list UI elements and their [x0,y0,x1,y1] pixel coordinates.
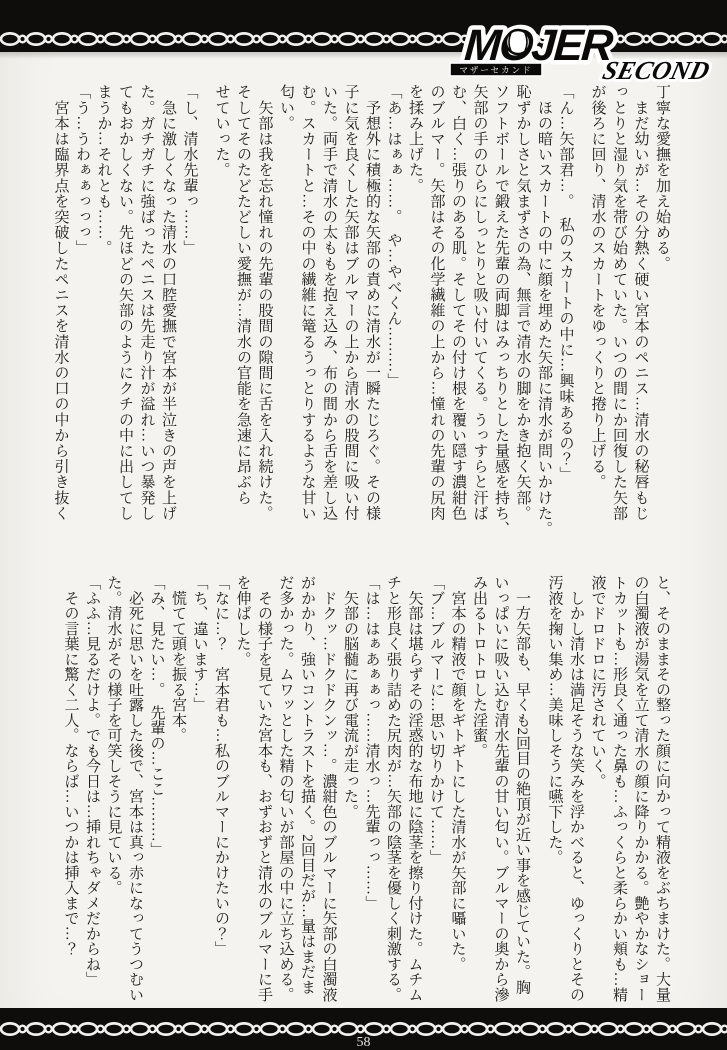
text-column: 「は…はぁあぁぁっ……清水っ…先輩っっ……」 [360,575,382,1008]
text-column: 矢部は堪らずその淫惑的な布地に陰茎を擦り付けた。ムチム [403,575,425,1008]
page-number: 58 [0,1035,727,1050]
column-gap [200,84,211,562]
text-column: 「ん…矢部君…。 私のスカートの中に…興味あるの？」 [554,84,576,562]
text-column: まだ幼いが…その分熱く硬い宮本のペニス…清水の秘唇もじ [629,84,651,562]
text-column: が後ろに回り、清水のスカートをゆっくりと捲り上げる。 [586,84,608,562]
text-column: た。ガチガチに強ばったペニスは先走り汁が溢れ…いつ暴発し [135,84,157,562]
text-column: た。清水がその様子を可笑しそうに見ている。 [102,575,124,1008]
text-column: 矢部は我を忘れ憧れの先輩の股間の隙間に舌を入れ続けた。 [253,84,275,562]
text-column: 宮本は臨界点を突破したペニスを清水の口の中から引き抜く [49,84,71,562]
text-column: トカットも…形良く通った鼻も…ふっくらと柔らかい頬も…精 [608,575,630,1008]
text-column: ソフトボールで鍛えた先輩の両脚はみっちりとした量感を持ち、 [490,84,512,562]
text-column: がかかり、強いコントラストを描く。2回目だが…量はまだま [296,575,318,1008]
text-column: 予想外に積極的な矢部の責めに清水が一瞬たじろぐ。その様 [361,84,383,562]
text-column: せていった。 [210,84,232,562]
text-column: そしてそのたどたどしい愛撫が…清水の官能を急速に昂ぶら [232,84,254,562]
logo-subtitle-en: SECOND [600,55,713,84]
text-column: の白濁液が湯気を立て清水の顔に降りかかる。艶やかなショー [629,575,651,1008]
text-column: 矢部の手のひらにしっとりと吸い付いてくる。うっすらと汗ば [468,84,490,562]
text-column: 慌てて頭を振る宮本。 [167,575,189,1008]
text-column: 匂い。 [275,84,297,562]
text-column: その様子を見ていた宮本も、おずおずと清水のブルマーに手 [253,575,275,1008]
text-column: と、そのままその整った顔に向かって精液をぶちまけた。大量 [651,575,673,1008]
text-column: 液でドロドロに汚されていく。 [586,575,608,1008]
text-column: 汚液を掬い集め…美味しそうに嚥下した。 [543,575,565,1008]
text-column: てもおかしくない。先ほどの矢部のようにクチの中に出してし [114,84,136,562]
text-column: む。スカートと…その中の繊維に篭るうっとりするような甘い [296,84,318,562]
text-column: その言葉に驚く二人。ならば…いつかは挿入まで…？ [59,575,81,1008]
text-column: む、白く…張りのある肌。そしてその付け根を覆い隠す濃紺色 [447,84,469,562]
text-column: ほの暗いスカートの中に顔を埋めた矢部に清水が問いかけた。 [533,84,555,562]
text-column: ドクッ…ドクドクンッ…。濃紺色のブルマーに矢部の白濁液 [317,575,339,1008]
logo: MOJER MOJER マザーセカンド SECOND SECOND [432,16,727,84]
text-column: っとりと湿り気を帯び始めていた。いつの間にか回復した矢部 [608,84,630,562]
text-column: 恥ずかしさと気まずさの為、無言で清水の脚をかき抱く矢部。 [511,84,533,562]
text-column: 「あ…はぁぁ……。 や…やべくん………」 [382,84,404,562]
logo-subtitle-jp-bar: マザーセカンド [450,63,542,76]
text-column: を揉み上げた。 [404,84,426,562]
text-column: 「う…うわぁぁっっっ」 [71,84,93,562]
text-column: のブルマー。矢部はその化学繊維の上から…憧れの先輩の尻肉 [425,84,447,562]
text-column: 丁寧な愛撫を加え始める。 [651,84,673,562]
text-column: 「ち、違います…」 [188,575,210,1008]
logo-graphic: MOJER MOJER マザーセカンド SECOND SECOND [432,16,727,84]
text-column: 「ブ…ブルマーに…思い切りかけて……」 [425,575,447,1008]
story-text-lower: と、そのままその整った顔に向かって精液をぶちまけた。大量の白濁液が湯気を立て清水… [59,575,672,1008]
text-column: いっぱいに吸い込む清水先輩の甘い匂い。ブルマーの奥から滲 [489,575,511,1008]
story-text-upper: 丁寧な愛撫を加え始める。 まだ幼いが…その分熱く硬い宮本のペニス…清水の秘唇もじ… [49,84,672,562]
text-column: 矢部の脳髄に再び電流が走った。 [339,575,361,1008]
text-column: 「ふふ…見るだけよ。でも今日は…挿れちゃダメだからね」 [81,575,103,1008]
column-gap [576,84,587,562]
scanned-page: MOJER MOJER マザーセカンド SECOND SECOND 丁寧な愛撫を… [0,0,727,1050]
text-column: み出るトロトロした淫蜜。 [468,575,490,1008]
text-column: いた。両手で清水の太ももを抱え込み、布の間から舌を差し込 [318,84,340,562]
bottom-border-band: 58 [0,1008,727,1050]
text-column: 一方矢部も、早くも2回目の絶頂が近い事を感じていた。胸 [511,575,533,1008]
text-column: 宮本の精液で顔をギトギトにした清水が矢部に囁いた。 [446,575,468,1008]
text-column: 子に気を良くした矢部はブルマーの上から清水の股間に吸い付 [339,84,361,562]
text-column: を伸ばした。 [231,575,253,1008]
column-gap [532,575,543,1008]
text-column: 必死に思いを吐露した後で、宮本は真っ赤になってうつむい [124,575,146,1008]
text-column: 「なに…？ 宮本君も…私のブルマーにかけたいの？」 [210,575,232,1008]
text-column: だ多かった。ムワッとした精の匂いが部屋の中に立ち込める。 [274,575,296,1008]
text-column: まうか…それとも……。 [92,84,114,562]
text-column: 急に激しくなった清水の口腔愛撫で宮本が半泣きの声を上げ [157,84,179,562]
text-column: 「し、清水先輩っ……」 [178,84,200,562]
text-column: チと形良く張り詰めた尻肉が…矢部の陰茎を優しく刺激する。 [382,575,404,1008]
logo-subtitle-jp: マザーセカンド [459,65,532,75]
text-column: しかし清水は満足そうな笑みを浮かべると、ゆっくりとその [565,575,587,1008]
baseball-icon [506,30,530,54]
text-column: 「み、見たい…。 先輩の…ここ………」 [145,575,167,1008]
